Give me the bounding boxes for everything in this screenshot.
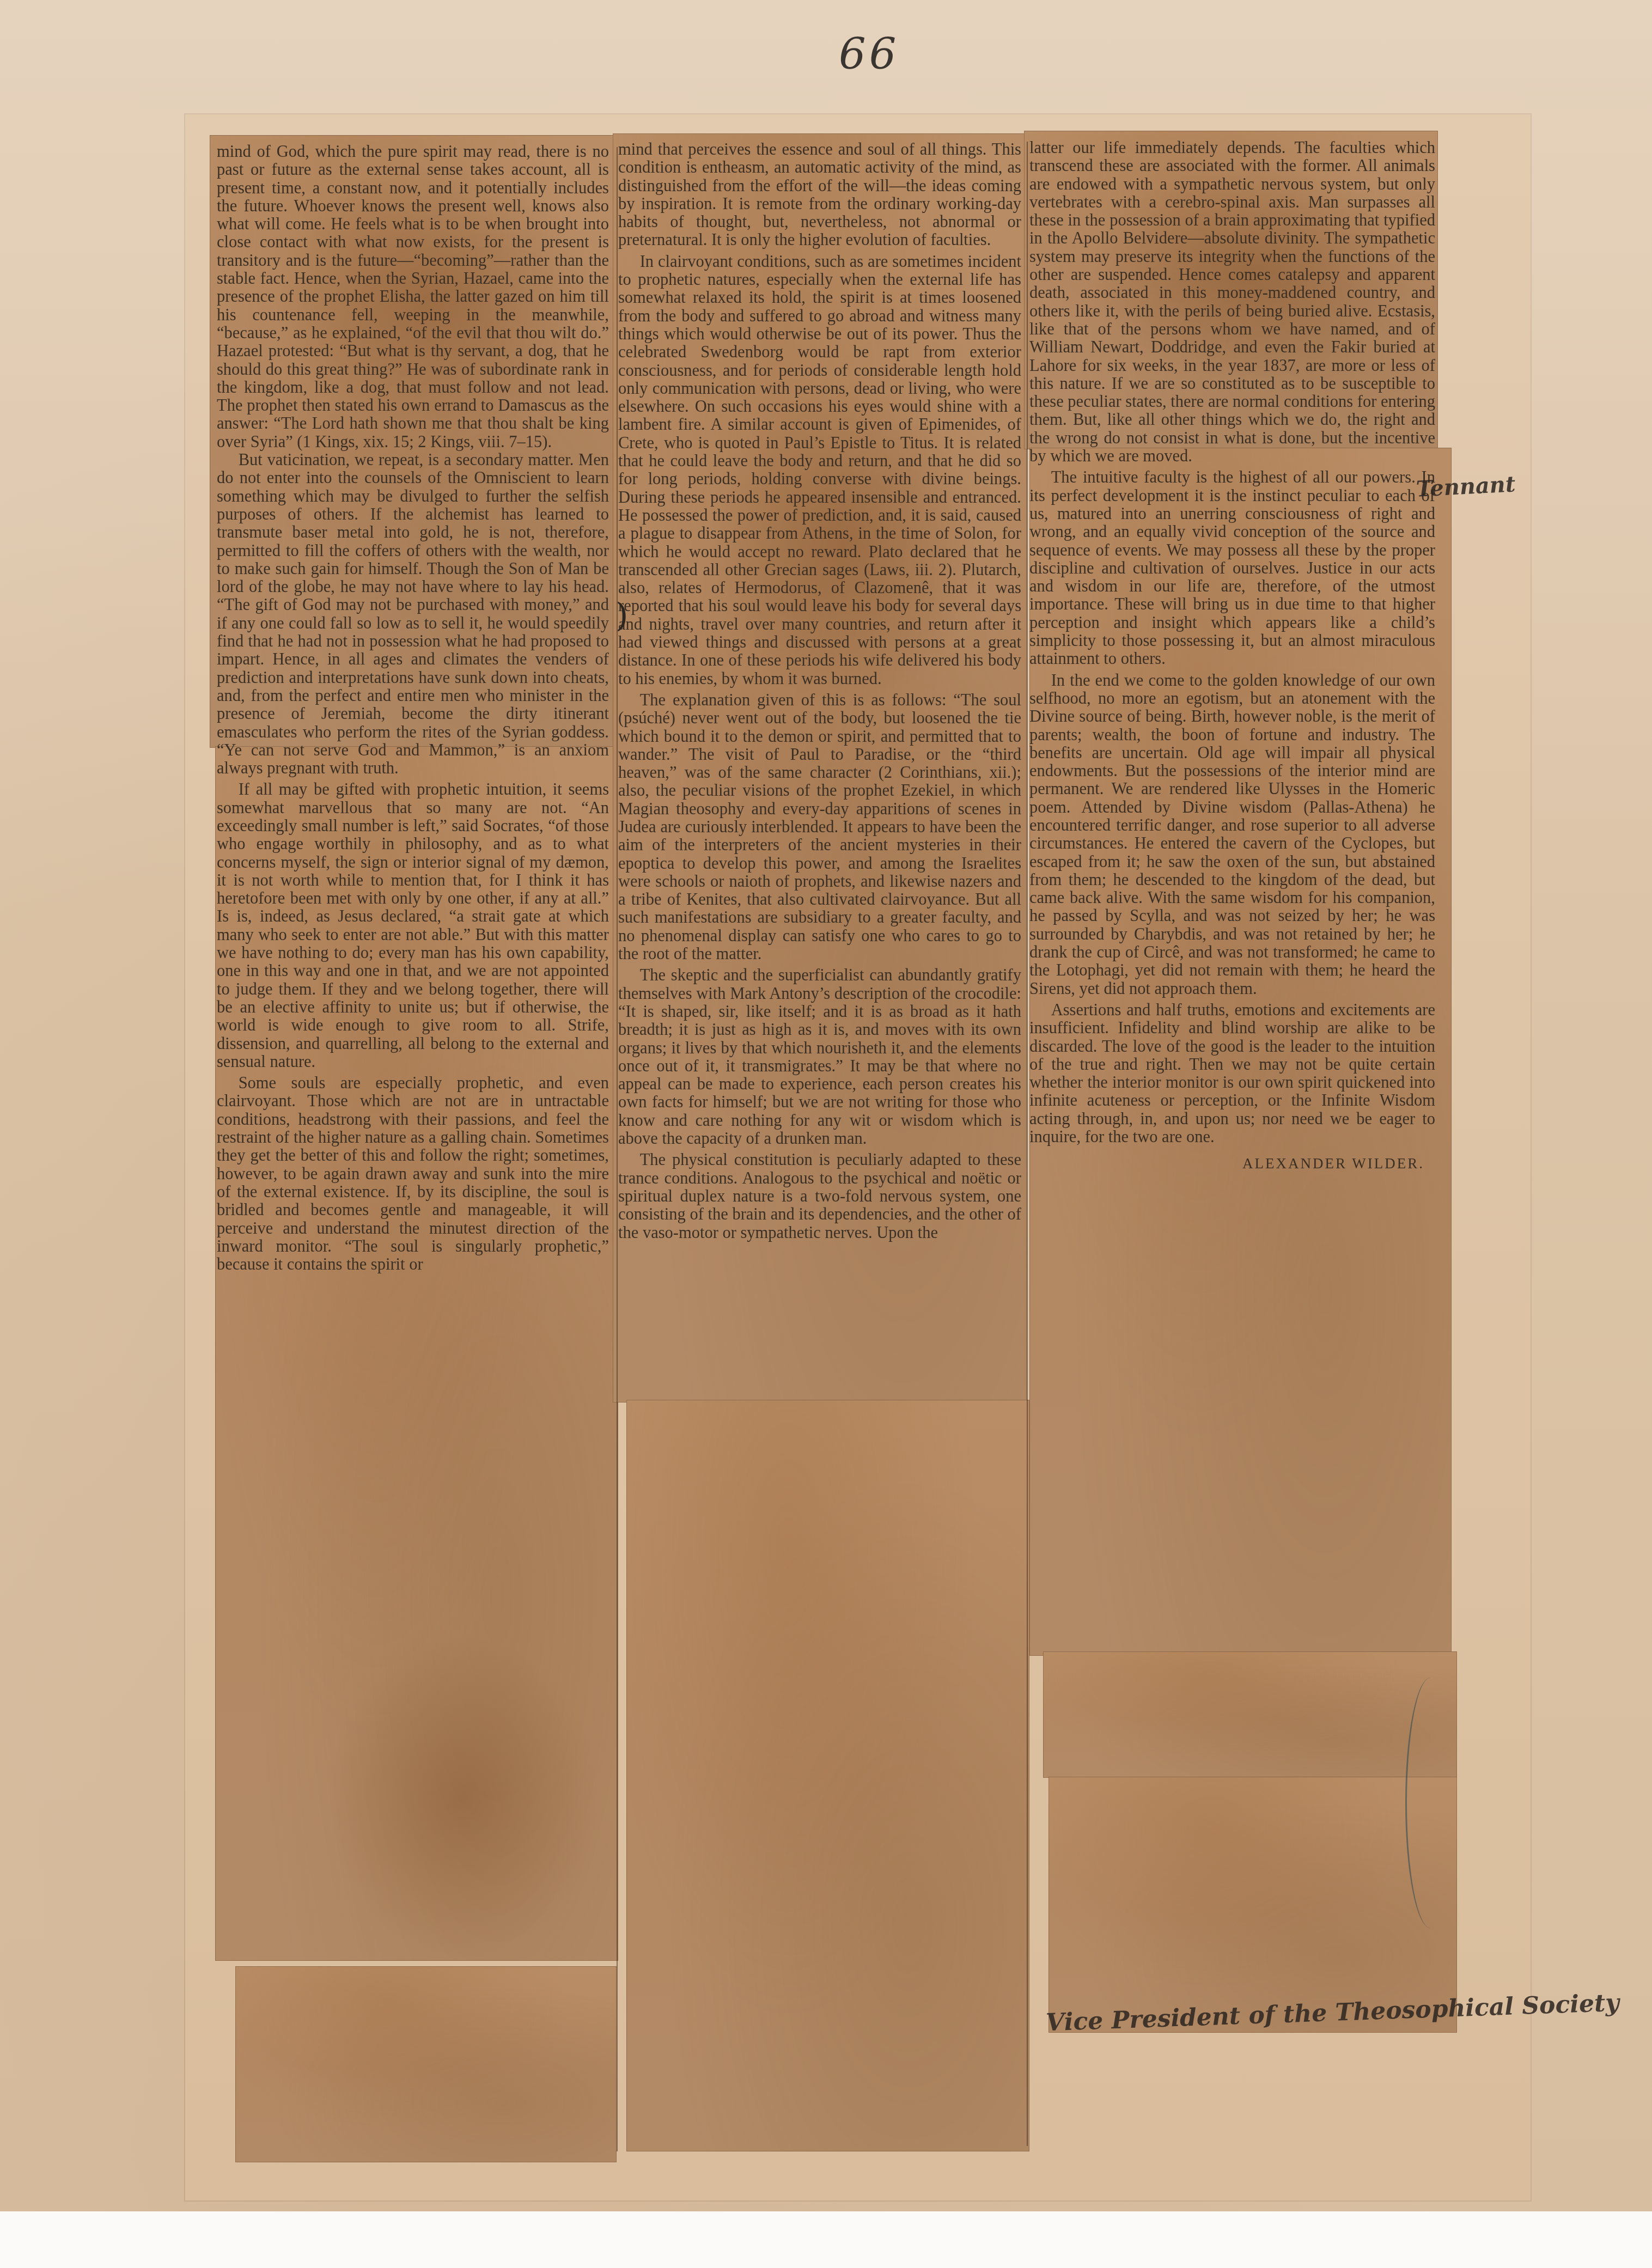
- paragraph: The explanation given of this is as foll…: [618, 691, 1021, 963]
- column-rule: [617, 147, 618, 2151]
- clipping-column-2-bottom: [626, 1400, 1029, 2151]
- clipping-column-3-lower: [1043, 1651, 1457, 1778]
- paragraph: mind that perceives the essence and soul…: [618, 141, 1021, 249]
- paragraph: If all may be gifted with prophetic intu…: [217, 781, 609, 1071]
- scrapbook-page: 66 mind of God, which the pure spirit ma…: [0, 0, 1652, 2268]
- page-edge: [0, 2211, 1652, 2268]
- article-column-1: mind of God, which the pure spirit may r…: [217, 143, 609, 1273]
- paragraph: mind of God, which the pure spirit may r…: [217, 143, 609, 451]
- clipping-column-1-bottom: [235, 1966, 617, 2162]
- paragraph: Some souls are especially prophetic, and…: [217, 1074, 609, 1273]
- page-number: 66: [839, 30, 899, 79]
- handwritten-bracket-mark: ): [615, 596, 628, 635]
- author-signature: ALEXANDER WILDER.: [1029, 1155, 1435, 1173]
- article-column-3: latter our life immediately depends. The…: [1029, 139, 1435, 1173]
- paragraph: In the end we come to the golden knowled…: [1029, 672, 1435, 998]
- paragraph: The intuitive faculty is the highest of …: [1029, 468, 1435, 668]
- margin-ink-stroke: [1405, 1678, 1456, 1928]
- paragraph: In clairvoyant conditions, such as are s…: [618, 253, 1021, 688]
- handwritten-correction: Tennant: [1416, 471, 1516, 502]
- paragraph: But vaticination, we repeat, is a second…: [217, 451, 609, 777]
- paragraph: Assertions and half truths, emotions and…: [1029, 1001, 1435, 1146]
- clipping-column-3-bottom: [1048, 1777, 1457, 2033]
- paragraph: The physical constitution is peculiarly …: [618, 1151, 1021, 1241]
- paragraph: latter our life immediately depends. The…: [1029, 139, 1435, 465]
- column-rule: [1027, 142, 1028, 2146]
- article-column-2: mind that perceives the essence and soul…: [618, 141, 1021, 1242]
- paragraph: The skeptic and the superficialist can a…: [618, 966, 1021, 1148]
